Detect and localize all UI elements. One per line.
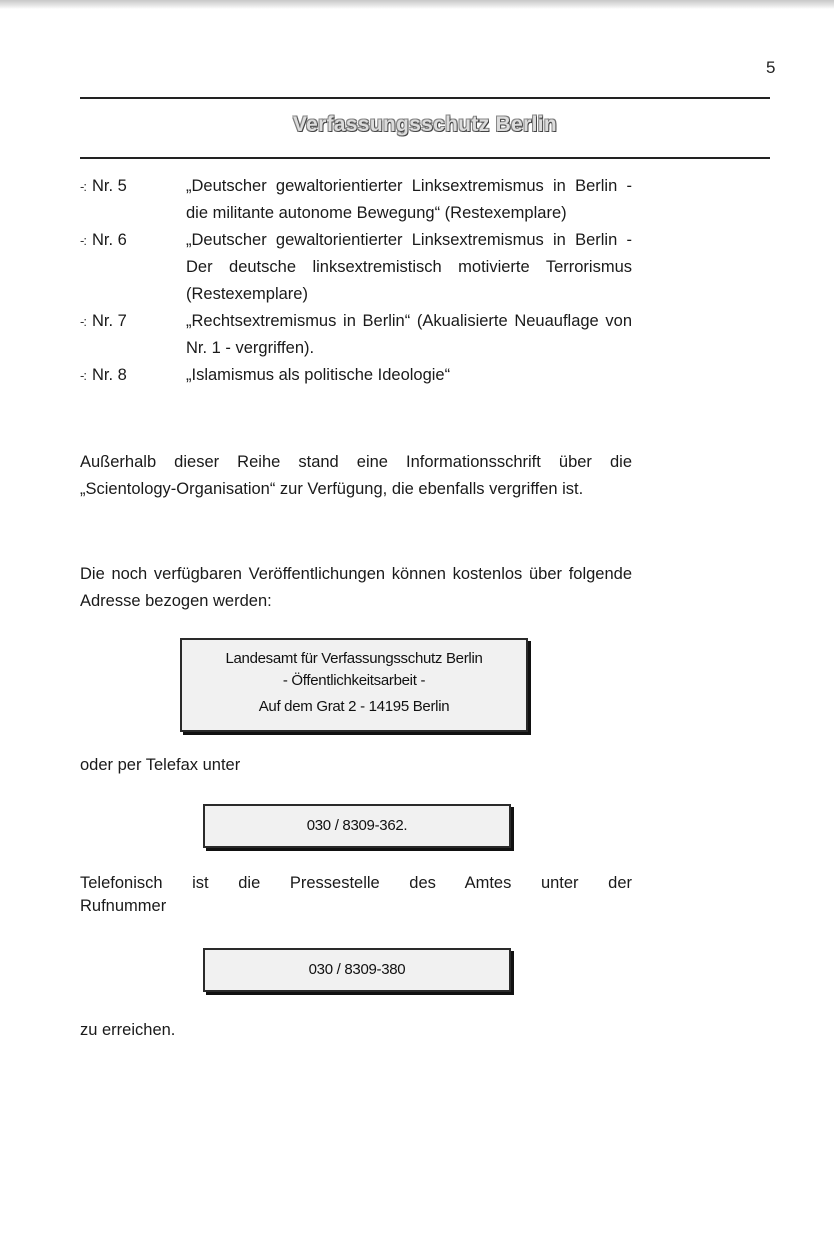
address-box: Landesamt für Verfassungsschutz Berlin -… (180, 638, 528, 732)
header-rule-top (80, 97, 770, 99)
address-line-street: Auf dem Grat 2 - 14195 Berlin (182, 696, 526, 718)
publication-title: „Rechtsextremismus in Berlin“ (Akualisie… (186, 308, 632, 362)
phone-number: 030 / 8309-380 (309, 961, 406, 978)
fax-number: 030 / 8309-362. (307, 817, 408, 834)
address-line-department: - Öffentlichkeitsarbeit - (182, 670, 526, 692)
list-item: -:Nr. 8 „Islamismus als politische Ideol… (80, 362, 632, 389)
publication-number: -:Nr. 6 (80, 227, 186, 308)
phone-number-box: 030 / 8309-380 (203, 948, 511, 992)
publication-number: -:Nr. 7 (80, 308, 186, 362)
paragraph-available: Die noch verfügbaren Veröffentlichungen … (80, 561, 632, 615)
phone-intro-line: Telefonisch ist die Pressestelle des Amt… (80, 872, 632, 895)
publication-title: „Deutscher gewaltorientierter Linksextre… (186, 227, 632, 308)
paragraph-closing: zu erreichen. (80, 1017, 632, 1044)
scan-top-edge (0, 0, 834, 9)
publication-list: -:Nr. 5 „Deutscher gewaltorientierter Li… (80, 173, 632, 389)
bullet-icon: -: (80, 314, 86, 329)
publication-number: -:Nr. 8 (80, 362, 186, 389)
list-item: -:Nr. 7 „Rechtsextremismus in Berlin“ (A… (80, 308, 632, 362)
bullet-icon: -: (80, 368, 86, 383)
fax-number-box: 030 / 8309-362. (203, 804, 511, 848)
list-item: -:Nr. 6 „Deutscher gewaltorientierter Li… (80, 227, 632, 308)
publication-number: -:Nr. 5 (80, 173, 186, 227)
header-rule-bottom (80, 157, 770, 159)
bullet-icon: -: (80, 233, 86, 248)
paragraph-fax-intro: oder per Telefax unter (80, 752, 632, 779)
paragraph-phone-intro: Telefonisch ist die Pressestelle des Amt… (80, 872, 632, 918)
publication-title: „Deutscher gewaltorientierter Linksextre… (186, 173, 632, 227)
page-number: 5 (766, 58, 775, 78)
phone-intro-line: Rufnummer (80, 895, 632, 918)
publication-title: „Islamismus als politische Ideologie“ (186, 362, 632, 389)
paragraph-outside-series: Außerhalb dieser Reihe stand eine Inform… (80, 449, 632, 503)
running-header-title: Verfassungsschutz Berlin (80, 113, 770, 137)
bullet-icon: -: (80, 179, 86, 194)
list-item: -:Nr. 5 „Deutscher gewaltorientierter Li… (80, 173, 632, 227)
address-line-agency: Landesamt für Verfassungsschutz Berlin (182, 648, 526, 670)
